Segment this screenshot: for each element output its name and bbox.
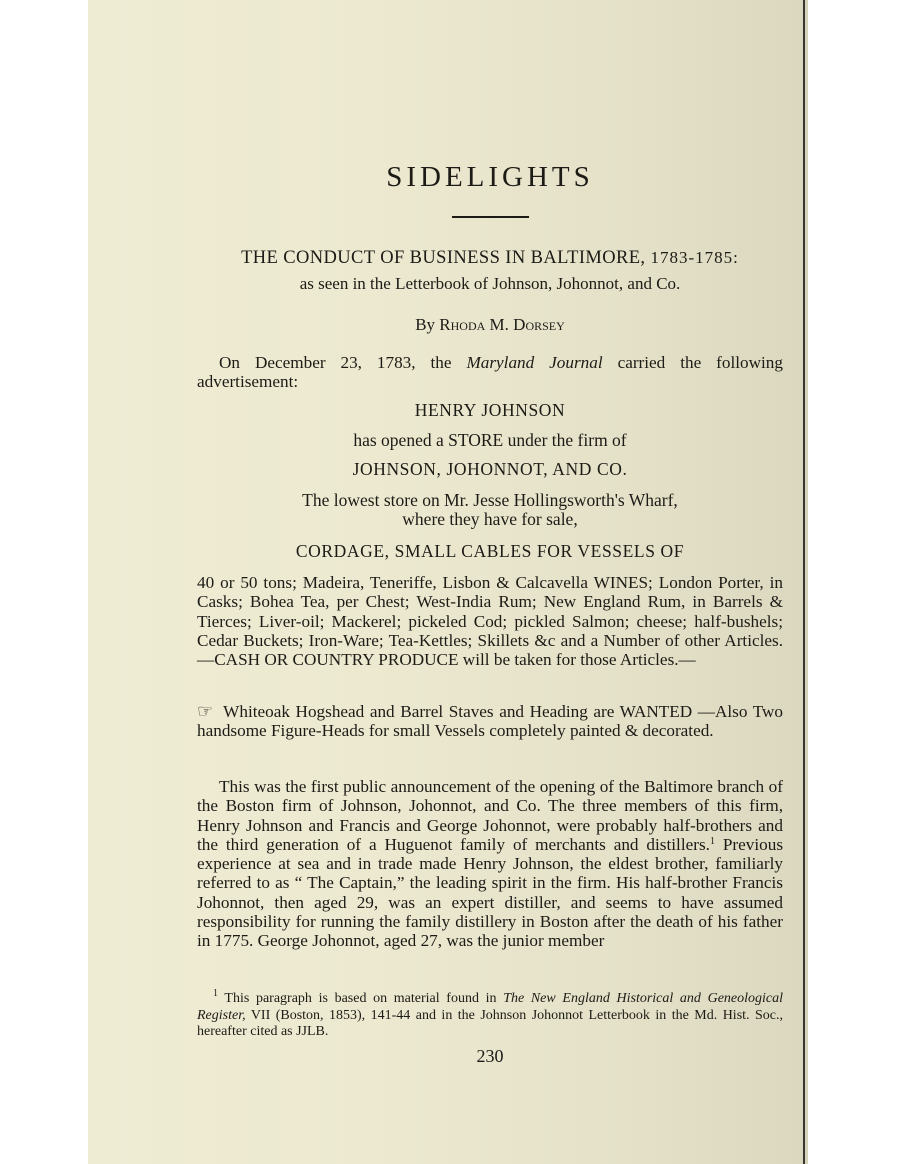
byline: By Rhoda M. Dorsey	[197, 314, 783, 336]
article-title: THE CONDUCT OF BUSINESS IN BALTIMORE, 17…	[197, 246, 783, 270]
footnote: 1 This paragraph is based on material fo…	[197, 991, 783, 1041]
byline-author: Rhoda M. Dorsey	[439, 315, 565, 334]
ad-line-for-sale: where they have for sale,	[197, 509, 783, 529]
ad-line-henry-johnson: HENRY JOHNSON	[197, 399, 783, 421]
body-paragraph: This was the first public announcement o…	[197, 777, 783, 951]
article-title-text: THE CONDUCT OF BUSINESS IN BALTIMORE,	[241, 248, 645, 268]
newspaper-title: Maryland Journal	[466, 353, 602, 372]
article-title-years: 1783-1785:	[651, 248, 739, 267]
footnote-text: This paragraph is based on material foun…	[224, 991, 503, 1006]
ad-wanted-text: Whiteoak Hogshead and Barrel Staves and …	[197, 702, 783, 740]
ad-line-cordage: CORDAGE, SMALL CABLES FOR VESSELS OF	[197, 540, 783, 562]
ad-line-opened-store: has opened a STORE under the firm of	[197, 429, 783, 451]
footnote-marker: 1	[213, 988, 218, 999]
intro-paragraph: On December 23, 1783, the Maryland Journ…	[197, 353, 783, 392]
body-text-part1: This was the first public announcement o…	[197, 777, 783, 854]
ad-goods-paragraph: 40 or 50 tons; Madeira, Teneriffe, Lisbo…	[197, 573, 783, 669]
ad-line-firm-name: JOHNSON, JOHONNOT, AND CO.	[197, 458, 783, 480]
ad-wanted-paragraph: ☞Whiteoak Hogshead and Barrel Staves and…	[197, 702, 783, 741]
section-heading: SIDELIGHTS	[197, 160, 783, 194]
page-number: 230	[197, 1045, 783, 1067]
footnote-text-end: VII (Boston, 1853), 141-44 and in the Jo…	[197, 1008, 783, 1040]
pointing-hand-icon: ☞	[197, 701, 213, 722]
intro-text: On December 23, 1783, the	[219, 353, 466, 372]
page-edge-highlight	[805, 0, 808, 1164]
heading-rule-divider	[452, 216, 529, 218]
ad-line-location: The lowest store on Mr. Jesse Hollingswo…	[197, 489, 783, 511]
byline-prefix: By	[415, 315, 435, 334]
article-subtitle: as seen in the Letterbook of Johnson, Jo…	[197, 273, 783, 295]
